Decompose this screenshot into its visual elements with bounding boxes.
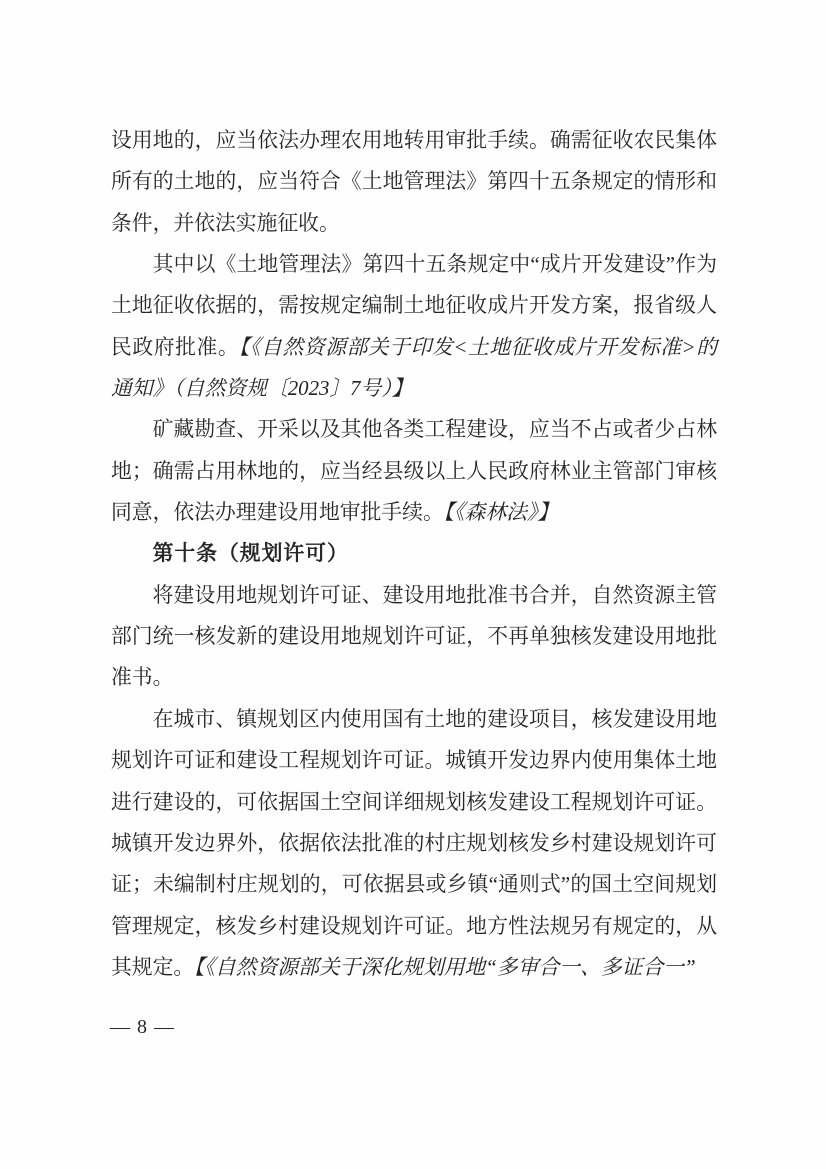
page-footer: — 8 — bbox=[110, 1013, 175, 1041]
paragraph-land-conversion: 设用地的，应当依法办理农用地转用审批手续。确需征收农民集体所有的土地的，应当符合… bbox=[111, 120, 717, 244]
body-text: 在城市、镇规划区内使用国有土地的建设项目，核发建设用地规划许可证和建设工程规划许… bbox=[111, 708, 717, 979]
body-text: 矿藏勘查、开采以及其他各类工程建设，应当不占或者少占林地；确需占用林地的，应当经… bbox=[111, 418, 717, 524]
page-number: — 8 — bbox=[110, 1016, 175, 1038]
citation-text: 【《森林法》】 bbox=[444, 501, 558, 524]
body-text: 设用地的，应当依法办理农用地转用审批手续。确需征收农民集体所有的土地的，应当符合… bbox=[111, 129, 717, 235]
paragraph-chengpian-kaifa: 其中以《土地管理法》第四十五条规定中“成片开发建设”作为土地征收依据的，需按规定… bbox=[111, 244, 717, 409]
citation-text: 【《自然资源部关于深化规划用地“多审合一、多证合一” bbox=[194, 956, 695, 979]
document-content: 设用地的，应当依法办理农用地转用审批手续。确需征收农民集体所有的土地的，应当符合… bbox=[111, 120, 717, 988]
paragraph-forest-law: 矿藏勘查、开采以及其他各类工程建设，应当不占或者少占林地；确需占用林地的，应当经… bbox=[111, 409, 717, 533]
paragraph-planning-permit-rules: 在城市、镇规划区内使用国有土地的建设项目，核发建设用地规划许可证和建设工程规划许… bbox=[111, 699, 717, 988]
document-page: 设用地的，应当依法办理农用地转用审批手续。确需征收农民集体所有的土地的，应当符合… bbox=[0, 0, 826, 1169]
article-10-heading: 第十条（规划许可） bbox=[111, 533, 717, 574]
paragraph-merge-permits: 将建设用地规划许可证、建设用地批准书合并，自然资源主管部门统一核发新的建设用地规… bbox=[111, 575, 717, 699]
heading-text: 第十条（规划许可） bbox=[153, 542, 349, 565]
body-text: 将建设用地规划许可证、建设用地批准书合并，自然资源主管部门统一核发新的建设用地规… bbox=[111, 584, 717, 690]
